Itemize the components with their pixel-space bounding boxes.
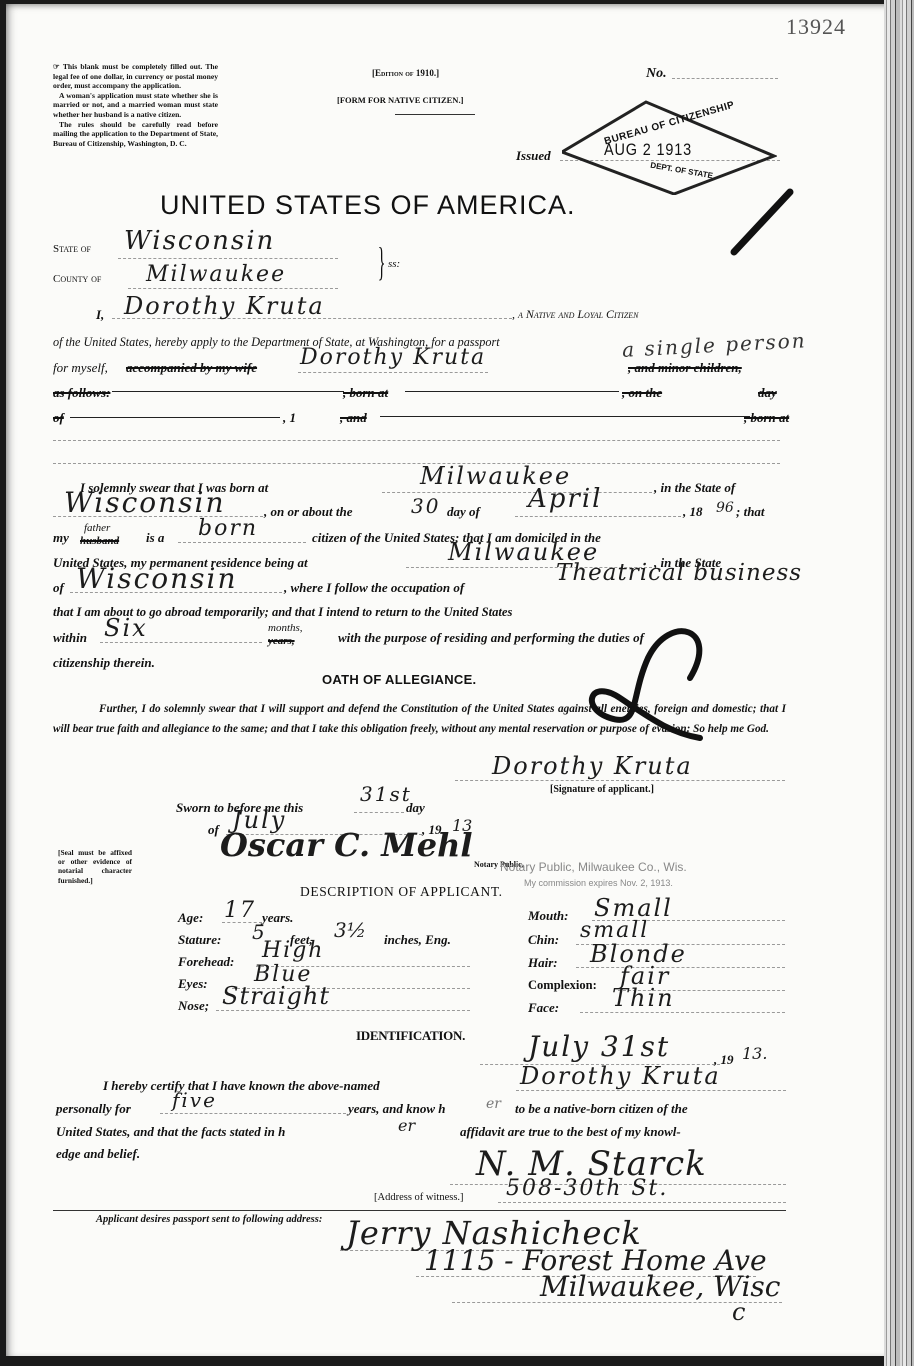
father-option: father bbox=[84, 522, 110, 534]
ss-label: ss: bbox=[388, 258, 400, 270]
forehead-value: High bbox=[262, 938, 324, 963]
stature-inches: 3½ bbox=[334, 918, 366, 942]
oath-text: Further, I do solemnly swear that I will… bbox=[53, 700, 786, 739]
forehead-label: Forehead: bbox=[178, 954, 234, 970]
edition-label: [Edition of 1910.] bbox=[372, 68, 439, 78]
wife-field-line bbox=[298, 372, 488, 373]
affidavit-text: affidavit are true to the best of my kno… bbox=[460, 1124, 681, 1140]
personally-for-text: personally for bbox=[56, 1101, 131, 1117]
day-of-text: day of bbox=[447, 504, 480, 520]
state-label: State of bbox=[53, 243, 91, 255]
citizenship-type-line bbox=[178, 542, 306, 543]
identification-date: July 31st bbox=[528, 1030, 670, 1063]
brace-icon: } bbox=[378, 238, 386, 285]
form-type-label: [FORM FOR NATIVE CITIZEN.] bbox=[337, 95, 463, 105]
seal-note: [Seal must be affixed or other evidence … bbox=[58, 848, 132, 885]
of-struck-text: of bbox=[53, 410, 64, 426]
state-value: Wisconsin bbox=[124, 226, 275, 256]
years-and-know-text: years, and know h bbox=[348, 1101, 446, 1117]
on-the-struck-text: , on the bbox=[622, 385, 662, 401]
state-field-line bbox=[118, 258, 338, 259]
affidavit-pronoun: er bbox=[398, 1116, 415, 1135]
citizenship-type: born bbox=[198, 516, 258, 541]
bureau-of-citizenship-stamp: BUREAU OF CITIZENSHIP AUG 2 1913 DEPT. O… bbox=[562, 100, 772, 192]
applicant-signature-line bbox=[455, 780, 785, 781]
sworn-of-label: of bbox=[208, 822, 219, 838]
mailing-mark: c bbox=[732, 1298, 747, 1326]
applicant-name: Dorothy Kruta bbox=[124, 292, 325, 320]
for-myself-label: for myself, bbox=[53, 360, 108, 376]
born-at-2-struck-text: , born at bbox=[744, 410, 789, 426]
certify-text: I hereby certify that I have known the a… bbox=[103, 1078, 380, 1094]
in-state-of-text: , in the State of bbox=[654, 480, 735, 496]
minor-children-struck-text: , and minor children, bbox=[628, 360, 742, 376]
form-type-rule bbox=[395, 114, 475, 115]
blank-line bbox=[53, 440, 780, 441]
named-person: Dorothy Kruta bbox=[520, 1062, 721, 1090]
stature-label: Stature: bbox=[178, 932, 221, 948]
notice-paragraph-rules: The rules should be carefully read befor… bbox=[53, 120, 218, 149]
year-one-text: , 1 bbox=[283, 410, 296, 426]
diagonal-pen-mark-icon bbox=[728, 180, 798, 260]
named-person-line bbox=[516, 1090, 786, 1091]
number-label: No. bbox=[646, 66, 667, 82]
is-a-text: is a bbox=[146, 530, 164, 546]
blank-line bbox=[53, 463, 780, 464]
face-label: Face: bbox=[528, 1000, 559, 1016]
birthplace-line bbox=[382, 492, 652, 493]
that-text: ; that bbox=[736, 504, 765, 520]
notary-signature: Oscar C. Mehl bbox=[220, 826, 473, 864]
nose-label: Nose; bbox=[178, 998, 209, 1014]
address-of-witness-label: [Address of witness.] bbox=[374, 1192, 464, 1203]
day-struck-text: day bbox=[758, 385, 777, 401]
inches-label: inches, Eng. bbox=[384, 932, 451, 948]
as-follows-struck-text: as follows: bbox=[53, 385, 110, 401]
born-at-struck-text: , born at bbox=[343, 385, 388, 401]
strike-line bbox=[112, 391, 344, 392]
eyes-label: Eyes: bbox=[178, 976, 208, 992]
native-loyal-citizen-text: , a Native and Loyal Citizen bbox=[512, 307, 639, 322]
native-born-text: to be a native-born citizen of the bbox=[515, 1101, 688, 1117]
file-number: 13924 bbox=[786, 14, 846, 40]
accompanied-struck-text: accompanied by my wife bbox=[126, 360, 257, 376]
nose-value: Straight bbox=[222, 982, 330, 1010]
strike-line bbox=[380, 416, 750, 417]
hair-label: Hair: bbox=[528, 955, 558, 971]
birth-year-prefix: , 18 bbox=[683, 504, 703, 520]
birth-year-suffix: 96 bbox=[716, 500, 734, 516]
years-known-line bbox=[160, 1113, 346, 1114]
witness-address: 508-30th St. bbox=[506, 1176, 668, 1201]
citizenship-therein-text: citizenship therein. bbox=[53, 655, 155, 671]
i-label: I, bbox=[96, 307, 104, 323]
section-divider bbox=[53, 1210, 786, 1211]
strike-line bbox=[70, 417, 280, 418]
nose-line bbox=[216, 1010, 470, 1011]
complexion-label: Complexion: bbox=[528, 978, 597, 993]
witness-address-line bbox=[498, 1202, 786, 1203]
husband-struck-option: husband bbox=[80, 535, 119, 547]
identification-year-suffix: 13. bbox=[742, 1044, 767, 1063]
signature-label: [Signature of applicant.] bbox=[550, 784, 654, 795]
face-value: Thin bbox=[612, 984, 675, 1012]
identification-heading: IDENTIFICATION. bbox=[356, 1028, 465, 1044]
years-struck-option: years, bbox=[268, 635, 295, 647]
residence-state: Wisconsin bbox=[76, 562, 238, 595]
county-value: Milwaukee bbox=[146, 262, 286, 287]
number-field bbox=[672, 78, 778, 79]
oath-heading: OATH OF ALLEGIANCE. bbox=[322, 672, 476, 687]
occupation-label: , where I follow the occupation of bbox=[284, 580, 464, 596]
on-or-about-text: , on or about the bbox=[264, 504, 353, 520]
birth-month-line bbox=[515, 516, 681, 517]
document-title: UNITED STATES OF AMERICA. bbox=[160, 190, 576, 221]
months-option: months, bbox=[268, 622, 303, 634]
applicant-signature: Dorothy Kruta bbox=[492, 752, 693, 780]
birth-day: 30 bbox=[411, 494, 440, 518]
years-known: five bbox=[172, 1088, 217, 1112]
duration: Six bbox=[104, 614, 148, 642]
my-text: my bbox=[53, 530, 69, 546]
chin-label: Chin: bbox=[528, 932, 559, 948]
age-label: Age: bbox=[178, 910, 203, 926]
county-field-line bbox=[128, 288, 338, 289]
birth-month: April bbox=[528, 484, 602, 514]
of-text: of bbox=[53, 580, 64, 596]
wife-field-value: Dorothy Kruta bbox=[300, 345, 486, 370]
mouth-label: Mouth: bbox=[528, 908, 568, 924]
occupation: Theatrical business bbox=[556, 560, 802, 586]
sworn-day-line bbox=[354, 812, 404, 813]
within-label: within bbox=[53, 630, 87, 646]
and-struck-text: , and bbox=[340, 410, 367, 426]
stamp-date: AUG 2 1913 bbox=[604, 140, 692, 160]
birthplace-state: Wisconsin bbox=[64, 486, 226, 519]
issued-label: Issued bbox=[516, 148, 551, 164]
county-label: County of bbox=[53, 273, 101, 285]
day-label: day bbox=[406, 800, 425, 816]
sworn-day: 31st bbox=[360, 782, 412, 806]
ledger-binding-edge bbox=[884, 0, 914, 1366]
pronoun-fill: er bbox=[486, 1096, 501, 1112]
notice-paragraph-woman: A woman's application must state whether… bbox=[53, 91, 218, 120]
strike-line bbox=[405, 391, 619, 392]
duration-line bbox=[100, 642, 262, 643]
face-line bbox=[580, 1012, 785, 1013]
edge-and-belief-text: edge and belief. bbox=[56, 1146, 140, 1162]
mailing-address-label: Applicant desires passport sent to follo… bbox=[96, 1214, 322, 1225]
notary-stamp-line-1: Notary Public, Milwaukee Co., Wis. bbox=[500, 860, 687, 874]
facts-text: United States, and that the facts stated… bbox=[56, 1124, 285, 1140]
notary-stamp-line-2: My commission expires Nov. 2, 1913. bbox=[524, 878, 673, 888]
instructions-notice: ☞ This blank must be completely filled o… bbox=[53, 62, 218, 148]
notice-paragraph-fee: ☞ This blank must be completely filled o… bbox=[53, 62, 218, 91]
description-heading: DESCRIPTION OF APPLICANT. bbox=[300, 884, 503, 900]
